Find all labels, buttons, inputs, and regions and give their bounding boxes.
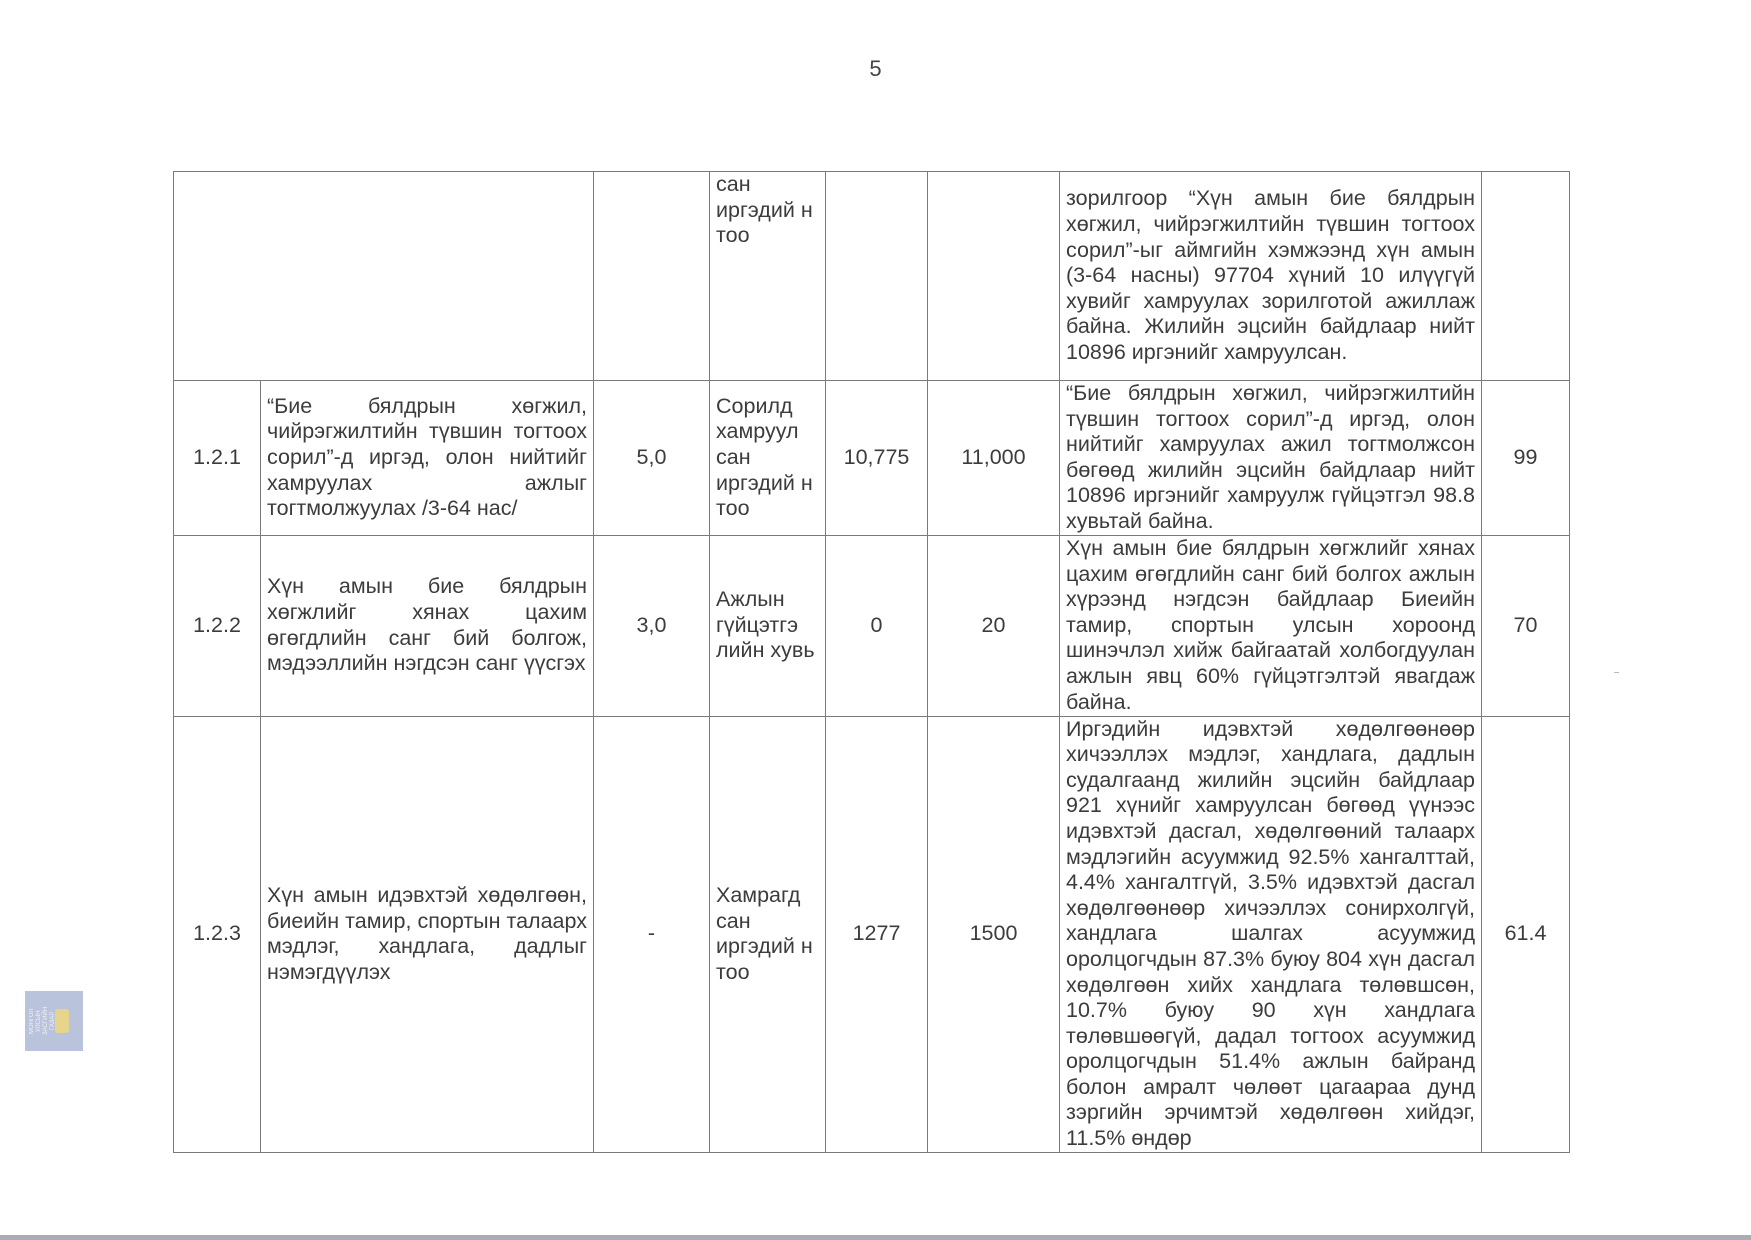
code-cell: 1.2.1 bbox=[174, 381, 261, 536]
goal-cell: Хүн амын идэвхтэй хөдөлгөөн, биеийн тами… bbox=[261, 716, 594, 1152]
weight-cell: 3,0 bbox=[594, 535, 710, 716]
score-cell: 61.4 bbox=[1482, 716, 1570, 1152]
target-cell: 1500 bbox=[928, 716, 1060, 1152]
code-cell: 1.2.3 bbox=[174, 716, 261, 1152]
baseline-cell: 1277 bbox=[826, 716, 928, 1152]
goal-cell: “Бие бялдрын хөгжил, чийрэгжилтийн түвши… bbox=[261, 381, 594, 536]
soyombo-emblem-icon bbox=[55, 1009, 69, 1033]
progress-text-cell: зорилгоор “Хүн амын бие бялдрын хөгжил, … bbox=[1060, 172, 1482, 381]
target-cell: 11,000 bbox=[928, 381, 1060, 536]
goal-cell: Хүн амын бие бялдрын хөгжлийг хянах цахи… bbox=[261, 535, 594, 716]
scan-mark bbox=[1614, 672, 1619, 673]
table-row: 1.2.3 Хүн амын идэвхтэй хөдөлгөөн, биеий… bbox=[174, 716, 1570, 1152]
empty-cell bbox=[826, 172, 928, 381]
table-row-continuation: сан иргэдий н тоо зорилгоор “Хүн амын би… bbox=[174, 172, 1570, 381]
progress-text-cell: Иргэдийн идэвхтэй хөдөлгөөнөөр хичээллэх… bbox=[1060, 716, 1482, 1152]
unit-cell: Ажлын гүйцэтгэ лийн хувь bbox=[710, 535, 826, 716]
progress-text-cell: “Бие бялдрын хөгжил, чийрэгжилтийн түвши… bbox=[1060, 381, 1482, 536]
report-table: сан иргэдий н тоо зорилгоор “Хүн амын би… bbox=[173, 171, 1570, 1153]
page-number: 5 bbox=[0, 56, 1751, 82]
empty-cell bbox=[174, 172, 594, 381]
table-row: 1.2.2 Хүн амын бие бялдрын хөгжлийг хяна… bbox=[174, 535, 1570, 716]
progress-text-cell: Хүн амын бие бялдрын хөгжлийг хянах цахи… bbox=[1060, 535, 1482, 716]
code-cell: 1.2.2 bbox=[174, 535, 261, 716]
target-cell: 20 bbox=[928, 535, 1060, 716]
weight-cell: - bbox=[594, 716, 710, 1152]
empty-cell bbox=[1482, 172, 1570, 381]
empty-cell bbox=[594, 172, 710, 381]
score-cell: 99 bbox=[1482, 381, 1570, 536]
empty-cell bbox=[928, 172, 1060, 381]
baseline-cell: 0 bbox=[826, 535, 928, 716]
government-stamp-logo: МОНГОЛ УЛСЫН ЗАСГИЙН ГАЗАР bbox=[25, 991, 83, 1051]
baseline-cell: 10,775 bbox=[826, 381, 928, 536]
score-cell: 70 bbox=[1482, 535, 1570, 716]
unit-cell: Сорилд хамруул сан иргэдий н тоо bbox=[710, 381, 826, 536]
table-row: 1.2.1 “Бие бялдрын хөгжил, чийрэгжилтийн… bbox=[174, 381, 1570, 536]
scan-edge-band bbox=[0, 1235, 1751, 1240]
stamp-text: МОНГОЛ УЛСЫН ЗАСГИЙН ГАЗАР bbox=[29, 997, 51, 1045]
unit-cell: Хамрагд сан иргэдий н тоо bbox=[710, 716, 826, 1152]
unit-cell: сан иргэдий н тоо bbox=[710, 172, 826, 381]
weight-cell: 5,0 bbox=[594, 381, 710, 536]
